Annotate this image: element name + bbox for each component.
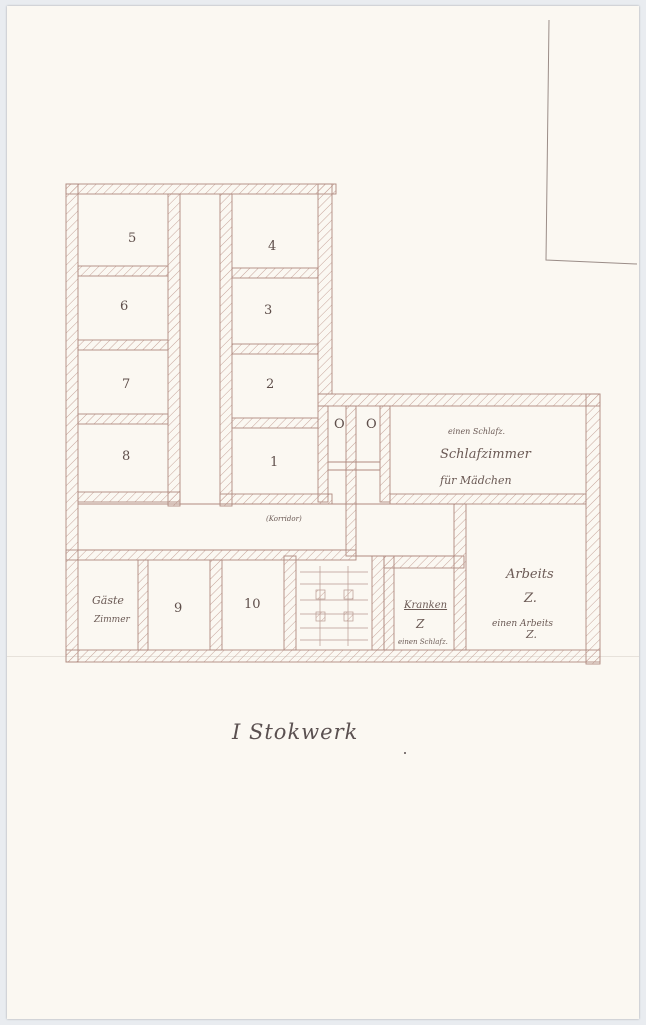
sickroom-label: Kranken [403,600,447,611]
corridor-label: (Korridor) [266,515,302,523]
floor-caption: I Stokwerk [232,720,358,744]
bedroom-label: Schlafzimmer [440,447,532,462]
study-z-label: Z. [523,591,537,606]
room-labels-layer: 5 6 7 8 4 3 2 1 Gäste Zimmer 9 10 (Korri… [0,0,646,1025]
small-cell-2-label: O [366,417,377,432]
caption-period [404,752,406,754]
bedroom-for-label: für Mädchen [439,474,512,487]
room-6-label: 6 [120,299,128,314]
guest-room-label-1: Gäste [92,594,124,607]
room-9-label: 9 [174,601,182,616]
room-1-label: 1 [270,455,278,470]
room-8-label: 8 [122,449,130,464]
room-4-label: 4 [268,239,276,254]
study-label: Arbeits [505,567,554,582]
guest-room-label-2: Zimmer [93,615,131,625]
study-note: einen Arbeits [492,619,553,629]
bedroom-note: einen Schlafz. [448,427,505,436]
room-2-label: 2 [266,377,274,392]
sickroom-z-label: Z [415,617,425,631]
room-10-label: 10 [244,597,261,612]
small-cell-1-label: O [334,417,345,432]
room-5-label: 5 [128,231,136,246]
study-note-z: Z. [525,628,537,641]
sickroom-note: einen Schlafz. [398,638,448,646]
room-7-label: 7 [122,377,130,392]
room-3-label: 3 [264,303,272,318]
